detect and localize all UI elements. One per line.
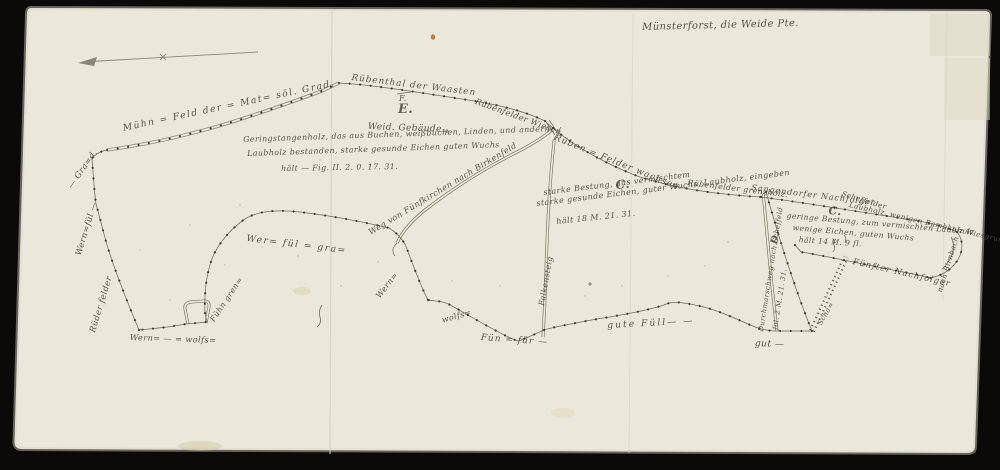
label-section-e: E. xyxy=(398,103,413,116)
scanned-map-page: Münsterforst, die Weide Pte. Mühn = Feld… xyxy=(0,0,1000,470)
label-gut-dash: gut — xyxy=(755,339,785,349)
